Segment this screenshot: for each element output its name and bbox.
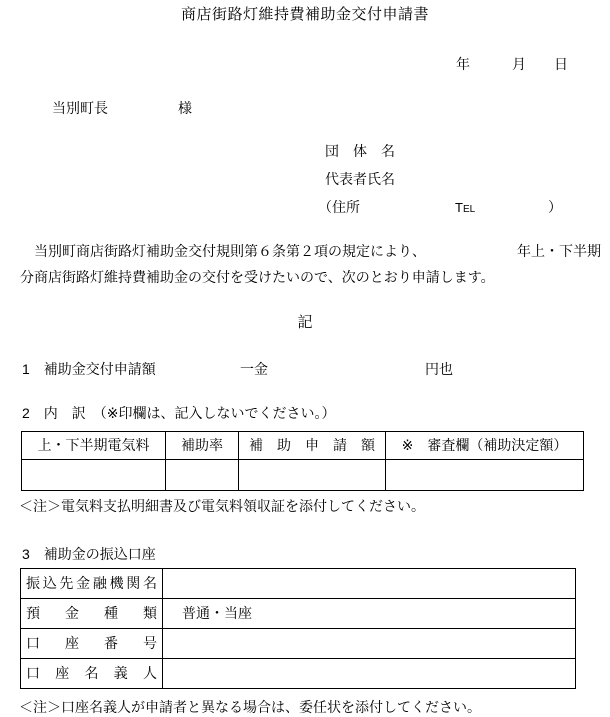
- amount-line-label: 1 補助金交付申請額: [22, 361, 156, 379]
- tel-label: TEL: [455, 200, 475, 217]
- breakdown-entry-row: [22, 460, 584, 491]
- doc-title: 商店街路灯維持費補助金交付申請書: [0, 6, 610, 25]
- electricity-fee-cell: [22, 460, 166, 491]
- tel-cap: T: [455, 200, 463, 215]
- ki-marker: 記: [0, 314, 610, 333]
- electricity-attachment-note: ＜注＞電気料支払明細書及び電気料領収証を添付してください。: [19, 498, 425, 516]
- account-holder-row: 口座名義人: [21, 659, 576, 689]
- body-paragraph-line2: 分商店街路灯維持費補助金の交付を受けたいので、次のとおり申請します。: [20, 269, 495, 287]
- org-name-label: 団 体 名: [325, 143, 395, 161]
- address-label: （住所: [318, 199, 360, 217]
- amount-enya-label: 円也: [425, 361, 453, 379]
- application-amount-cell: [239, 460, 386, 491]
- representative-name-label: 代表者氏名: [325, 171, 395, 189]
- section3-heading: 3 補助金の振込口座: [22, 546, 156, 564]
- account-holder-cell: [163, 659, 576, 689]
- body-paragraph-line1: 当別町商店街路灯補助金交付規則第６条第２項の規定により、 年上・下半期: [20, 243, 601, 261]
- amount-ichikin-label: 一金: [240, 361, 268, 379]
- bank-name-label: 振込先金融機関名: [21, 569, 163, 599]
- account-holder-note: ＜注＞口座名義人が申請者と異なる場合は、委任状を添付してください。: [19, 699, 481, 717]
- account-holder-label: 口座名義人: [21, 659, 163, 689]
- deposit-type-row: 預金種類 普通・当座: [21, 599, 576, 629]
- header-review-column: ※ 審査欄（補助決定額）: [386, 432, 584, 460]
- header-subsidy-rate: 補助率: [166, 432, 239, 460]
- breakdown-table: 上・下半期電気料 補助率 補 助 申 請 額 ※ 審査欄（補助決定額）: [21, 431, 584, 491]
- tel-rest: EL: [463, 204, 475, 215]
- section2-heading: 2 内 訳 （※印欄は、記入しないでください。）: [22, 405, 336, 423]
- addressee-line: 当別町長 様: [52, 100, 192, 118]
- account-number-label: 口座番号: [21, 629, 163, 659]
- date-line: 年 月 日: [456, 56, 568, 74]
- bank-name-cell: [163, 569, 576, 599]
- account-number-row: 口座番号: [21, 629, 576, 659]
- header-application-amount: 補 助 申 請 額: [239, 432, 386, 460]
- review-column-cell: [386, 460, 584, 491]
- bank-name-row: 振込先金融機関名: [21, 569, 576, 599]
- subsidy-rate-cell: [166, 460, 239, 491]
- document-page: 商店街路灯維持費補助金交付申請書 年 月 日 当別町長 様 団 体 名 代表者氏…: [0, 0, 610, 715]
- deposit-type-label: 預金種類: [21, 599, 163, 629]
- bank-account-table: 振込先金融機関名 預金種類 普通・当座 口座番号 口座名義人: [20, 568, 576, 689]
- address-close-paren: ）: [548, 199, 562, 217]
- breakdown-header-row: 上・下半期電気料 補助率 補 助 申 請 額 ※ 審査欄（補助決定額）: [22, 432, 584, 460]
- account-number-cell: [163, 629, 576, 659]
- deposit-type-cell: 普通・当座: [163, 599, 576, 629]
- header-electricity-fee: 上・下半期電気料: [22, 432, 166, 460]
